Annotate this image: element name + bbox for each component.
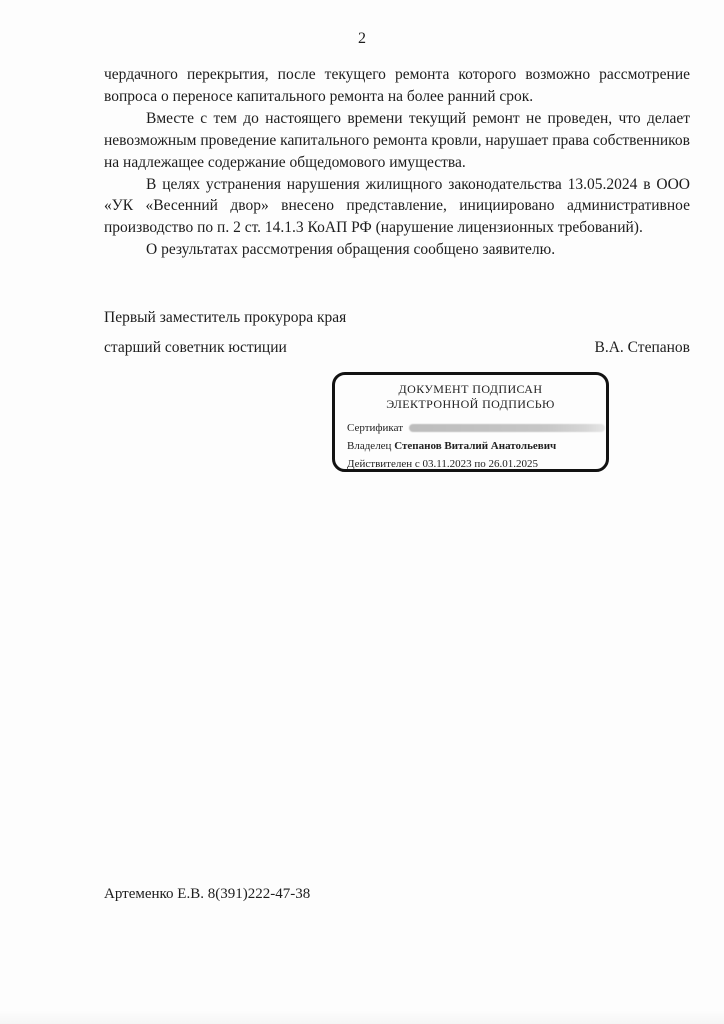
stamp-title: ДОКУМЕНТ ПОДПИСАН ЭЛЕКТРОННОЙ ПОДПИСЬЮ — [347, 382, 594, 412]
stamp-title-line2: ЭЛЕКТРОННОЙ ПОДПИСЬЮ — [347, 397, 594, 412]
certificate-label: Сертификат — [347, 422, 403, 434]
owner-name: Степанов Виталий Анатольевич — [394, 440, 556, 452]
electronic-signature-stamp: ДОКУМЕНТ ПОДПИСАН ЭЛЕКТРОННОЙ ПОДПИСЬЮ С… — [332, 372, 609, 472]
document-body: чердачного перекрытия, после текущего ре… — [104, 64, 690, 261]
stamp-title-line1: ДОКУМЕНТ ПОДПИСАН — [347, 382, 594, 397]
paragraph: О результатах рассмотрения обращения соо… — [104, 239, 690, 261]
signer-name: В.А. Степанов — [595, 339, 690, 357]
executor-contact: Артеменко Е.В. 8(391)222-47-38 — [104, 886, 310, 903]
signer-position-line2: старший советник юстиции — [104, 339, 287, 357]
owner-label: Владелец — [347, 440, 391, 452]
signature-row: старший советник юстиции В.А. Степанов — [104, 339, 690, 357]
certificate-row: Сертификат — [347, 419, 594, 437]
signer-position-line1: Первый заместитель прокурора края — [104, 309, 690, 327]
paragraph: В целях устранения нарушения жилищного з… — [104, 174, 690, 240]
paragraph-continuation: чердачного перекрытия, после текущего ре… — [104, 64, 690, 108]
validity-period: Действителен с 03.11.2023 по 26.01.2025 — [347, 455, 594, 473]
document-page: 2 чердачного перекрытия, после текущего … — [0, 0, 724, 1024]
certificate-number-redacted — [409, 424, 605, 432]
owner-row: Владелец Степанов Виталий Анатольевич — [347, 437, 594, 455]
paragraph: Вместе с тем до настоящего времени текущ… — [104, 108, 690, 174]
page-number: 2 — [0, 30, 724, 48]
